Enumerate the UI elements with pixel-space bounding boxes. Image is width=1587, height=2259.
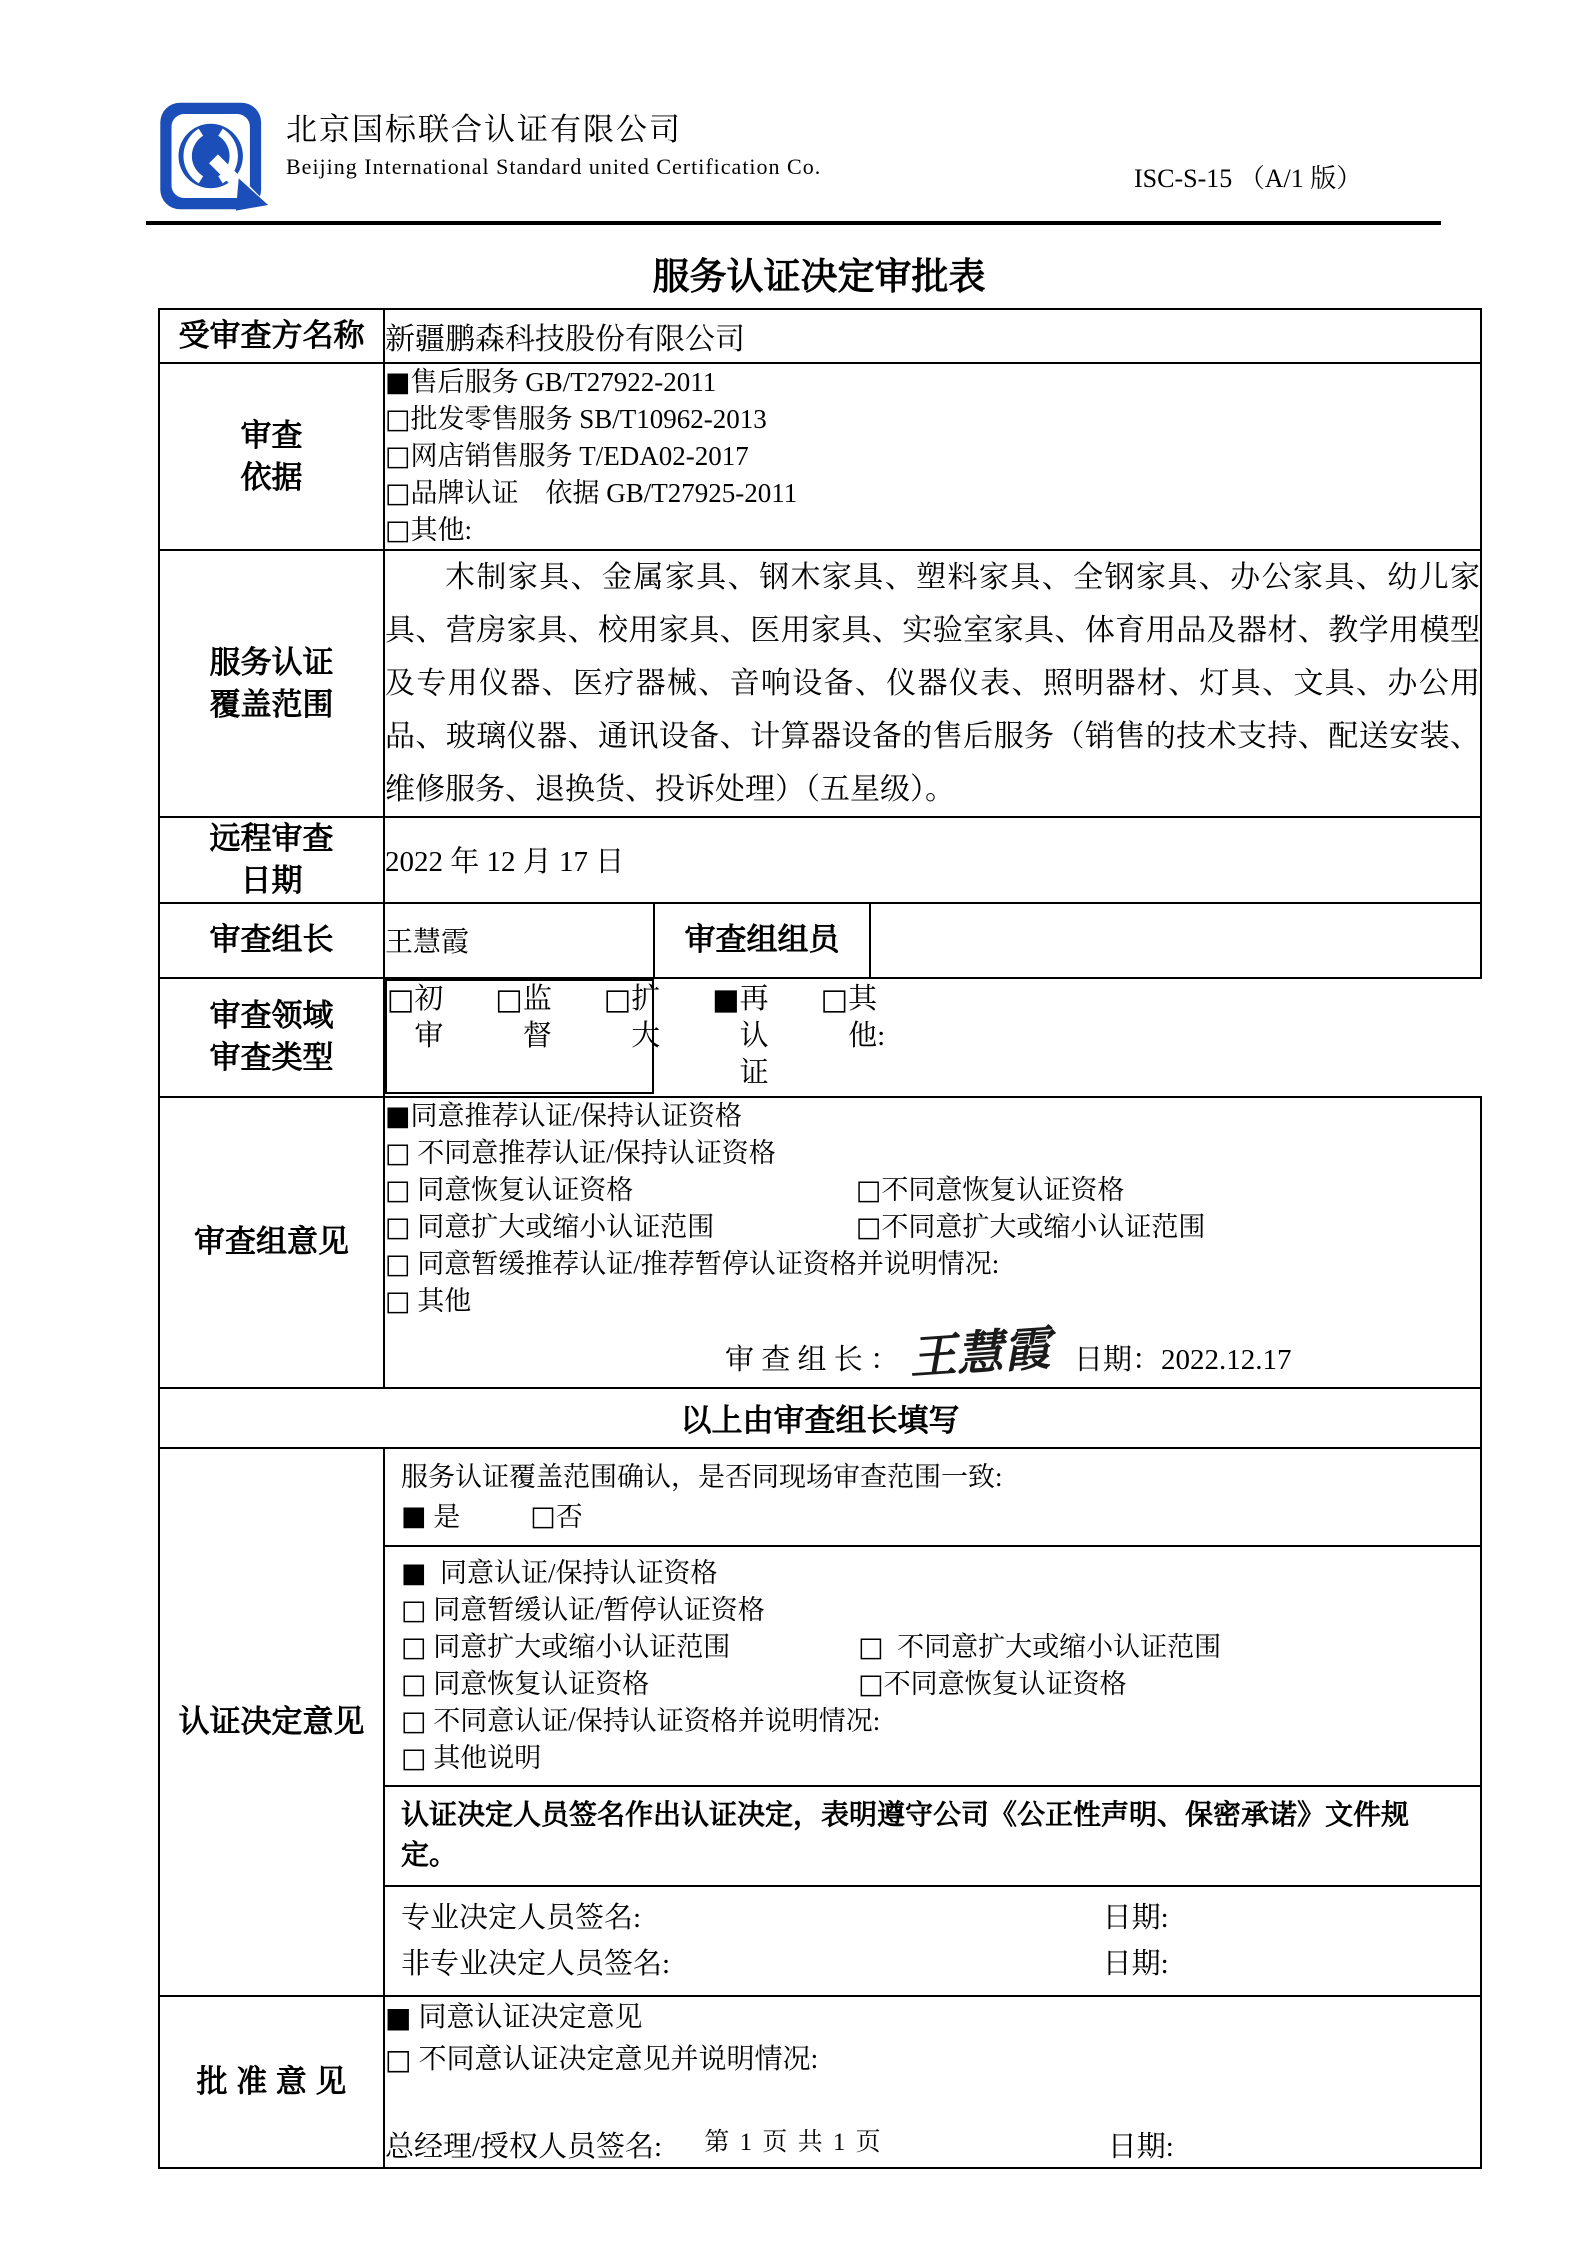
auditee-label: 受审查方名称 <box>159 309 384 363</box>
audit-type-option: ■再认证 <box>712 981 768 1092</box>
team-members-value <box>870 903 1481 978</box>
basis-option: □其他: <box>385 512 1480 549</box>
divider-text: 以上由审查组长填写 <box>159 1388 1481 1448</box>
decision-content: 服务认证覆盖范围确认，是否同现场审查范围一致: ■ 是 □否 ■ 同意认证/保持… <box>384 1448 1481 1996</box>
row-team-opinion: 审查组意见 ■同意推荐认证/保持认证资格 □ 不同意推荐认证/保持认证资格 □ … <box>159 1097 1481 1388</box>
checkbox-unchecked-icon[interactable]: □ <box>401 1740 427 1777</box>
checkbox-unchecked-icon[interactable]: □ <box>530 1497 556 1537</box>
opinion-option: □ 同意恢复认证资格□不同意恢复认证资格 <box>385 1172 1480 1209</box>
checkbox-unchecked-icon[interactable]: □ <box>385 438 411 475</box>
decision-option: □ 不同意认证/保持认证资格并说明情况: <box>401 1703 1464 1740</box>
checkbox-unchecked-icon[interactable]: □ <box>821 981 848 1092</box>
row-audit-basis: 审查 依据 ■售后服务 GB/T27922-2011 □批发零售服务 SB/T1… <box>159 363 1481 550</box>
row-auditee: 受审查方名称 新疆鹏森科技股份有限公司 <box>159 309 1481 363</box>
checkbox-checked-icon[interactable]: ■ <box>385 1098 411 1135</box>
checkbox-unchecked-icon[interactable]: □ <box>385 1246 411 1283</box>
page-number: 第 1 页 共 1 页 <box>0 2122 1587 2158</box>
company-name-cn: 北京国标联合认证有限公司 <box>286 104 682 149</box>
approval-option: □ 不同意认证决定意见并说明情况: <box>385 2039 1480 2081</box>
audit-type-label: 审查领域 审查类型 <box>159 978 384 1097</box>
opinion-option: □ 同意暂缓推荐认证/推荐暂停认证资格并说明情况: <box>385 1246 1480 1283</box>
checkbox-checked-icon[interactable]: ■ <box>385 1997 411 2039</box>
decision-note: 认证决定人员签名作出认证决定，表明遵守公司《公正性声明、保密承诺》文件规定。 <box>385 1787 1480 1887</box>
audit-type-options: □初审 □监督 □扩大 ■再认证 □其他: <box>385 979 654 1094</box>
professional-sign-date-label: 日期: <box>1103 1895 1464 1941</box>
checkbox-unchecked-icon[interactable]: □ <box>401 1629 427 1666</box>
opinion-option: □ 不同意推荐认证/保持认证资格 <box>385 1135 1480 1172</box>
checkbox-checked-icon[interactable]: ■ <box>385 364 411 401</box>
remote-date-label: 远程审查 日期 <box>159 817 384 903</box>
checkbox-unchecked-icon[interactable]: □ <box>604 981 631 1092</box>
nonprofessional-sign-row: 非专业决定人员签名: 日期: <box>401 1941 1464 1987</box>
audit-basis-label: 审查 依据 <box>159 363 384 550</box>
doc-code: ISC-S-15 （A/1 版） <box>1134 158 1362 195</box>
team-leader-signature: 王慧霞 <box>907 1311 1052 1388</box>
audit-basis-options: ■售后服务 GB/T27922-2011 □批发零售服务 SB/T10962-2… <box>384 363 1481 550</box>
company-name-en: Beijing International Standard united Ce… <box>286 154 821 180</box>
team-opinion-label: 审查组意见 <box>159 1097 384 1388</box>
team-members-label: 审查组组员 <box>654 903 870 978</box>
approval-option: ■ 同意认证决定意见 <box>385 1997 1480 2039</box>
checkbox-checked-icon[interactable]: ■ <box>712 981 739 1092</box>
checkbox-unchecked-icon[interactable]: □ <box>385 1209 411 1246</box>
basis-option: □网店销售服务 T/EDA02-2017 <box>385 438 1480 475</box>
decision-option: □ 同意暂缓认证/暂停认证资格 <box>401 1592 1464 1629</box>
scope-confirm-section: 服务认证覆盖范围确认，是否同现场审查范围一致: ■ 是 □否 <box>385 1449 1480 1547</box>
checkbox-unchecked-icon[interactable]: □ <box>401 1592 427 1629</box>
checkbox-unchecked-icon[interactable]: □ <box>856 1172 882 1209</box>
confirm-yes-option: ■ 是 <box>401 1497 460 1537</box>
scope-label: 服务认证 覆盖范围 <box>159 550 384 817</box>
checkbox-checked-icon[interactable]: ■ <box>401 1497 427 1537</box>
decision-label: 认证决定意见 <box>159 1448 384 1996</box>
decision-option: □ 同意恢复认证资格□不同意恢复认证资格 <box>401 1666 1464 1703</box>
checkbox-unchecked-icon[interactable]: □ <box>401 1666 427 1703</box>
row-decision: 认证决定意见 服务认证覆盖范围确认，是否同现场审查范围一致: ■ 是 □否 ■ … <box>159 1448 1481 1996</box>
sign-label: 审 查 组 长 ： <box>725 1337 899 1378</box>
decision-option: □ 其他说明 <box>401 1740 1464 1777</box>
audit-type-option: □初审 <box>387 981 443 1092</box>
team-leader-label: 审查组长 <box>159 903 384 978</box>
checkbox-unchecked-icon[interactable]: □ <box>387 981 414 1092</box>
row-scope: 服务认证 覆盖范围 木制家具、金属家具、钢木家具、塑料家具、全钢家具、办公家具、… <box>159 550 1481 817</box>
opinion-option: ■同意推荐认证/保持认证资格 <box>385 1098 1480 1135</box>
checkbox-unchecked-icon[interactable]: □ <box>385 401 411 438</box>
header-rule <box>146 221 1441 225</box>
remote-date-value: 2022 年 12 月 17 日 <box>384 817 1481 903</box>
basis-option: □品牌认证 依据 GB/T27925-2011 <box>385 475 1480 512</box>
checkbox-unchecked-icon[interactable]: □ <box>401 1703 427 1740</box>
opinion-option: □ 同意扩大或缩小认证范围□不同意扩大或缩小认证范围 <box>385 1209 1480 1246</box>
row-audit-type: 审查领域 审查类型 □初审 □监督 □扩大 ■再认证 □其他: <box>159 978 1481 1097</box>
checkbox-unchecked-icon[interactable]: □ <box>495 981 522 1092</box>
audit-type-option: □其他: <box>821 981 885 1092</box>
checkbox-unchecked-icon[interactable]: □ <box>385 512 411 549</box>
page-title: 服务认证决定审批表 <box>158 246 1480 300</box>
checkbox-unchecked-icon[interactable]: □ <box>385 475 411 512</box>
row-divider: 以上由审查组长填写 <box>159 1388 1481 1448</box>
nonprofessional-sign-date-label: 日期: <box>1103 1941 1464 1987</box>
approval-form-table: 受审查方名称 新疆鹏森科技股份有限公司 审查 依据 ■售后服务 GB/T2792… <box>158 308 1482 2169</box>
audit-type-option: □监督 <box>495 981 551 1092</box>
scope-text: 木制家具、金属家具、钢木家具、塑料家具、全钢家具、办公家具、幼儿家具、营房家具、… <box>384 550 1481 817</box>
checkbox-unchecked-icon[interactable]: □ <box>856 1209 882 1246</box>
team-opinion-content: ■同意推荐认证/保持认证资格 □ 不同意推荐认证/保持认证资格 □ 同意恢复认证… <box>384 1097 1481 1388</box>
basis-option: □批发零售服务 SB/T10962-2013 <box>385 401 1480 438</box>
decision-option: □ 同意扩大或缩小认证范围□ 不同意扩大或缩小认证范围 <box>401 1629 1464 1666</box>
professional-sign-label: 专业决定人员签名: <box>401 1895 1103 1941</box>
sign-date: 日期：2022.12.17 <box>1074 1337 1292 1378</box>
confirm-no-option: □否 <box>530 1497 583 1537</box>
professional-sign-row: 专业决定人员签名: 日期: <box>401 1895 1464 1941</box>
auditee-value: 新疆鹏森科技股份有限公司 <box>384 309 1481 363</box>
nonprofessional-sign-label: 非专业决定人员签名: <box>401 1941 1103 1987</box>
team-leader-value: 王慧霞 <box>384 903 654 978</box>
opinion-option: □ 其他 <box>385 1283 1480 1320</box>
row-remote-date: 远程审查 日期 2022 年 12 月 17 日 <box>159 817 1481 903</box>
checkbox-unchecked-icon[interactable]: □ <box>385 2039 411 2081</box>
decision-options-section: ■ 同意认证/保持认证资格 □ 同意暂缓认证/暂停认证资格 □ 同意扩大或缩小认… <box>385 1547 1480 1787</box>
audit-type-option: □扩大 <box>604 981 660 1092</box>
checkbox-unchecked-icon[interactable]: □ <box>858 1629 884 1666</box>
team-leader-sign-row: 审 查 组 长 ： 王慧霞 日期：2022.12.17 <box>725 1332 1480 1383</box>
checkbox-unchecked-icon[interactable]: □ <box>385 1135 411 1172</box>
checkbox-unchecked-icon[interactable]: □ <box>385 1172 411 1209</box>
row-audit-team: 审查组长 王慧霞 审查组组员 <box>159 903 1481 978</box>
decision-signatures-section: 专业决定人员签名: 日期: 非专业决定人员签名: 日期: <box>385 1887 1480 1995</box>
decision-option: ■ 同意认证/保持认证资格 <box>401 1555 1464 1592</box>
checkbox-unchecked-icon[interactable]: □ <box>858 1666 884 1703</box>
checkbox-unchecked-icon[interactable]: □ <box>385 1283 411 1320</box>
scope-confirm-title: 服务认证覆盖范围确认，是否同现场审查范围一致: <box>401 1457 1464 1497</box>
company-logo-icon <box>157 100 270 212</box>
basis-option: ■售后服务 GB/T27922-2011 <box>385 364 1480 401</box>
checkbox-checked-icon[interactable]: ■ <box>401 1555 427 1592</box>
